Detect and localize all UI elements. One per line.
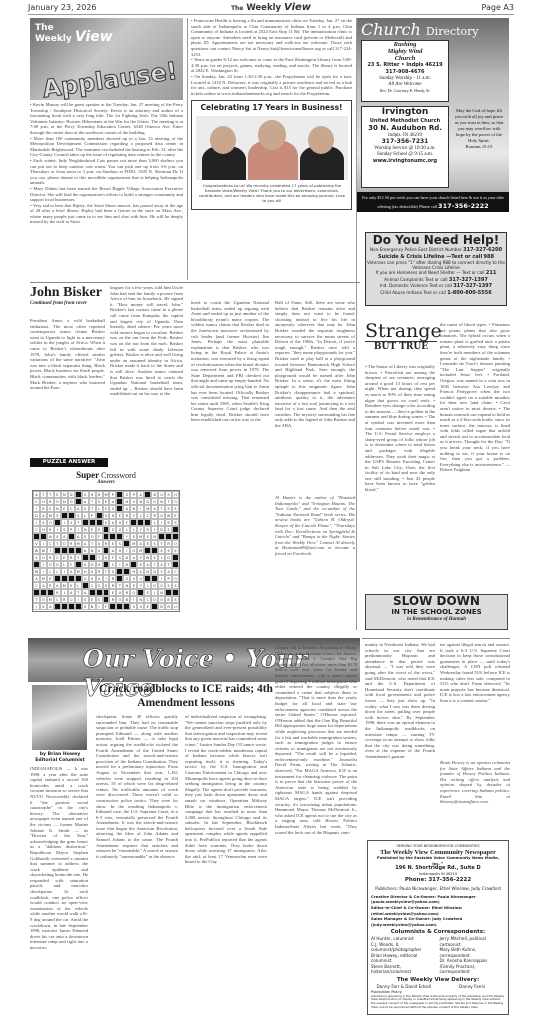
crossword-cell: U <box>89 568 96 575</box>
crossword-cell: V <box>158 582 165 589</box>
crossword-cell <box>96 589 103 596</box>
crossword-cell: L <box>144 582 151 589</box>
crossword-cell: G <box>89 561 96 568</box>
crossword-cell: H <box>89 491 96 498</box>
crossword-cell <box>33 533 40 540</box>
crossword-cell: S <box>96 498 103 505</box>
help-title: Do You Need Help! <box>366 233 506 247</box>
crossword-cell: T <box>116 582 123 589</box>
crossword-cell: M <box>47 596 54 603</box>
crossword-cell: M <box>75 540 82 547</box>
crossword-cell: E <box>165 505 172 512</box>
crossword-cell: Y <box>130 512 137 519</box>
crossword-cell: U <box>103 554 110 561</box>
crossword-cell: H <box>82 568 89 575</box>
crossword-cell <box>116 533 123 540</box>
crossword-cell: N <box>47 533 54 540</box>
crossword-cell: M <box>61 582 68 589</box>
crossword-cell: Y <box>137 554 144 561</box>
crossword-cell <box>165 589 172 596</box>
crossword-cell: O <box>123 575 130 582</box>
crossword-cell <box>116 491 123 498</box>
crossword-cell: T <box>165 498 172 505</box>
crossword-cell: P <box>165 575 172 582</box>
crossword-cell: O <box>172 540 179 547</box>
crossword-cell: W <box>165 512 172 519</box>
crossword-cell: S <box>172 582 179 589</box>
crossword-cell: L <box>96 505 103 512</box>
crossword-cell: L <box>61 561 68 568</box>
crossword-cell: T <box>75 519 82 526</box>
crossword-cell: A <box>137 540 144 547</box>
crossword-cell: Y <box>137 526 144 533</box>
celebrating-17-years-box: Celebrating 17 Years in Business! Congra… <box>191 100 352 210</box>
crossword-cell: O <box>47 519 54 526</box>
crossword-cell: E <box>137 561 144 568</box>
crossword-cell: L <box>158 554 165 561</box>
crossword-cell <box>103 596 110 603</box>
crossword-answer-grid: ATTENDSHRMPSPABUSHCHRONOATSEAHUNGONTOIRE… <box>32 490 180 612</box>
columnist-photo <box>32 685 87 750</box>
crossword-cell: R <box>54 589 61 596</box>
crossword-cell: O <box>151 582 158 589</box>
crossword-cell: N <box>158 589 165 596</box>
crossword-cell <box>68 603 75 610</box>
weekly-view-logo: TheWeekly View <box>35 24 113 44</box>
crossword-cell: E <box>109 589 116 596</box>
crossword-cell: Y <box>137 582 144 589</box>
crossword-cell: A <box>82 547 89 554</box>
masthead-box: SERVING YOUR NEIGHBORHOOD COMMUNITIES Th… <box>367 840 509 1015</box>
crossword-cell: C <box>33 498 40 505</box>
crossword-cell: S <box>116 554 123 561</box>
crossword-cell: R <box>109 575 116 582</box>
crossword-cell <box>144 491 151 498</box>
crossword-cell <box>116 575 123 582</box>
crossword-cell <box>172 533 179 540</box>
crossword-cell: E <box>47 575 54 582</box>
bisker-col4: Hall of Fame. Still, there are some who … <box>275 300 355 490</box>
crossword-cell: A <box>123 505 130 512</box>
crossword-cell <box>54 547 61 554</box>
crossword-cell: U <box>116 589 123 596</box>
crossword-cell: N <box>54 505 61 512</box>
crossword-cell: T <box>158 540 165 547</box>
crossword-cell: R <box>61 596 68 603</box>
crossword-cell: M <box>137 533 144 540</box>
crossword-cell: A <box>116 526 123 533</box>
crossword-cell: J <box>40 561 47 568</box>
crossword-cell <box>116 568 123 575</box>
applause-banner: TheWeekly View Applause! <box>30 18 183 100</box>
crossword-cell: T <box>54 540 61 547</box>
crossword-cell: P <box>89 512 96 519</box>
crossword-cell: L <box>54 568 61 575</box>
crossword-cell: N <box>61 498 68 505</box>
crossword-cell <box>144 547 151 554</box>
crossword-cell: B <box>123 596 130 603</box>
crossword-cell: U <box>68 596 75 603</box>
crossword-cell: E <box>89 596 96 603</box>
crossword-cell: C <box>89 582 96 589</box>
crossword-cell: E <box>151 554 158 561</box>
crossword-cell <box>89 589 96 596</box>
bisker-col2: leagues for a few years, told him Uncle … <box>110 285 183 457</box>
applause-items-col2: • Franciscan Health is hosting a flu and… <box>191 18 352 98</box>
crossword-cell: M <box>40 575 47 582</box>
crossword-cell: Y <box>75 554 82 561</box>
crossword-cell: L <box>75 582 82 589</box>
crossword-cell <box>68 533 75 540</box>
crossword-cell: R <box>47 526 54 533</box>
crossword-cell: F <box>123 519 130 526</box>
crossword-cell <box>130 561 137 568</box>
crossword-cell: E <box>130 582 137 589</box>
crossword-cell: E <box>61 554 68 561</box>
continued-note: Continued from front cover <box>30 301 105 306</box>
crossword-cell: A <box>96 575 103 582</box>
crossword-cell <box>109 603 116 610</box>
crossword-cell: E <box>47 505 54 512</box>
crossword-cell <box>123 540 130 547</box>
crossword-cell <box>75 491 82 498</box>
crossword-cell: I <box>33 505 40 512</box>
crossword-cell <box>82 519 89 526</box>
crossword-cell: A <box>109 519 116 526</box>
crossword-cell: N <box>137 498 144 505</box>
celebrate-title: Celebrating 17 Years in Business! <box>192 103 351 112</box>
crossword-cell: I <box>158 575 165 582</box>
bible-verse: May the God of hope fill you with all jo… <box>453 108 505 150</box>
crossword-cell: D <box>123 554 130 561</box>
crossword-cell: O <box>172 575 179 582</box>
crossword-cell: H <box>123 498 130 505</box>
crossword-cell <box>54 603 61 610</box>
crossword-cell: M <box>137 547 144 554</box>
crossword-cell: T <box>89 505 96 512</box>
crossword-cell: A <box>144 561 151 568</box>
opinion-col4: County Jail in Indiana. According to Mar… <box>275 645 357 1021</box>
crossword-cell: A <box>33 491 40 498</box>
crossword-cell: I <box>40 568 47 575</box>
crossword-cell: H <box>40 526 47 533</box>
crossword-cell: R <box>40 505 47 512</box>
crossword-cell: T <box>165 561 172 568</box>
crossword-cell: T <box>89 540 96 547</box>
crossword-cell <box>75 561 82 568</box>
article-title: John Bisker <box>30 285 105 301</box>
crossword-cell: I <box>151 589 158 596</box>
rushing-mighty-wind-listing: Rushing Mighty Wind Church 23 S. Ritter … <box>361 40 449 102</box>
crossword-cell: O <box>158 512 165 519</box>
crossword-cell: T <box>47 491 54 498</box>
crossword-cell <box>151 603 158 610</box>
crossword-cell: O <box>40 596 47 603</box>
crossword-cell: Y <box>158 568 165 575</box>
crossword-cell: R <box>151 512 158 519</box>
crossword-cell: O <box>116 596 123 603</box>
crossword-cell: O <box>130 547 137 554</box>
crossword-cell: M <box>130 540 137 547</box>
crossword-cell: A <box>68 589 75 596</box>
crossword-cell: O <box>158 596 165 603</box>
crossword-cell: A <box>109 547 116 554</box>
crossword-cell <box>103 526 110 533</box>
crossword-cell: N <box>82 526 89 533</box>
crossword-cell <box>172 526 179 533</box>
crossword-cell: O <box>54 561 61 568</box>
crossword-cell: S <box>116 540 123 547</box>
crossword-cell: S <box>82 491 89 498</box>
crossword-cell: C <box>144 512 151 519</box>
crossword-cell: L <box>82 512 89 519</box>
crossword-cell <box>158 533 165 540</box>
crossword-cell: S <box>96 526 103 533</box>
crossword-cell <box>172 561 179 568</box>
crossword-cell: I <box>40 540 47 547</box>
crossword-cell: I <box>96 603 103 610</box>
crossword-cell: S <box>40 519 47 526</box>
crossword-cell: S <box>96 596 103 603</box>
crossword-cell <box>130 519 137 526</box>
crossword-cell: W <box>144 554 151 561</box>
crossword-cell: D <box>165 554 172 561</box>
crossword-cell: R <box>68 554 75 561</box>
crossword-cell: C <box>68 505 75 512</box>
crossword-cell: D <box>68 491 75 498</box>
crossword-cell <box>75 575 82 582</box>
brian-howey-bio: Brian Howey is an opinion columnist for … <box>440 760 510 830</box>
page-number: Page A3 <box>482 3 514 12</box>
crossword-cell: C <box>33 582 40 589</box>
crossword-cell <box>151 575 158 582</box>
crossword-cell: L <box>123 526 130 533</box>
crossword-cell: N <box>130 505 137 512</box>
crossword-cell: S <box>137 603 144 610</box>
crossword-cell: A <box>130 554 137 561</box>
crossword-cell: I <box>47 547 54 554</box>
crossword-cell: I <box>116 561 123 568</box>
crossword-cell: S <box>109 526 116 533</box>
crossword-cell: A <box>158 561 165 568</box>
super-crossword-title: Super CrosswordAnswers <box>30 470 182 485</box>
crossword-cell: K <box>172 547 179 554</box>
crossword-cell: E <box>144 589 151 596</box>
crossword-cell: U <box>130 498 137 505</box>
applause-title: Applause! <box>41 57 180 100</box>
crossword-cell: T <box>75 589 82 596</box>
crossword-cell: L <box>151 519 158 526</box>
slow-down-school-zones-ad: SLOW DOWNIN THE SCHOOL ZONESin Remembran… <box>365 594 508 630</box>
opinion-col1: INDIANAPOLIS — It was 1998, a year after… <box>30 766 88 1021</box>
crossword-cell: R <box>109 596 116 603</box>
crossword-cell <box>116 603 123 610</box>
crossword-cell: B <box>151 491 158 498</box>
crossword-cell: I <box>123 547 130 554</box>
crossword-cell <box>172 589 179 596</box>
crossword-cell: N <box>144 568 151 575</box>
crossword-cell: H <box>116 519 123 526</box>
crossword-cell: O <box>151 498 158 505</box>
crossword-cell: A <box>137 568 144 575</box>
crossword-cell: R <box>123 512 130 519</box>
crossword-cell: N <box>123 582 130 589</box>
crossword-cell: E <box>61 505 68 512</box>
crossword-cell: I <box>158 519 165 526</box>
crossword-cell: S <box>165 491 172 498</box>
crossword-cell: R <box>96 491 103 498</box>
do-you-need-help-box: Do You Need Help! Non-Emergency Police E… <box>365 232 507 306</box>
crossword-cell <box>75 603 82 610</box>
crossword-cell: P <box>68 526 75 533</box>
crossword-cell: M <box>47 512 54 519</box>
strange-but-true-logo: StrangeBUT TRUE <box>365 322 437 360</box>
crossword-cell: A <box>82 561 89 568</box>
crossword-cell: S <box>82 596 89 603</box>
church-directory: Church Directory Rushing Mighty Wind Chu… <box>357 18 509 212</box>
crossword-cell: S <box>82 533 89 540</box>
crossword-cell: A <box>96 547 103 554</box>
crossword-cell: R <box>144 526 151 533</box>
crossword-cell: N <box>61 491 68 498</box>
crossword-cell: A <box>137 491 144 498</box>
crossword-cell: S <box>33 554 40 561</box>
crossword-cell: A <box>82 498 89 505</box>
crossword-cell: K <box>165 596 172 603</box>
crossword-cell: I <box>137 505 144 512</box>
crossword-cell: N <box>158 498 165 505</box>
crossword-cell <box>61 603 68 610</box>
crossword-cell: I <box>75 596 82 603</box>
crossword-cell <box>40 589 47 596</box>
crossword-cell: T <box>103 568 110 575</box>
crossword-cell: T <box>33 596 40 603</box>
opinion-headline: Crack roadblocks to ICE raids; 4th Amend… <box>96 682 276 710</box>
crossword-cell: S <box>75 512 82 519</box>
crossword-cell <box>96 519 103 526</box>
al-hunter-bio: Al Hunter is the author of "Haunted Indi… <box>275 495 355 625</box>
crossword-cell: M <box>103 491 110 498</box>
crossword-cell <box>54 575 61 582</box>
crossword-cell <box>61 512 68 519</box>
crossword-cell: R <box>103 540 110 547</box>
crossword-cell: O <box>40 554 47 561</box>
crossword-cell: U <box>172 603 179 610</box>
crossword-cell: S <box>103 512 110 519</box>
crossword-cell <box>47 589 54 596</box>
crossword-cell <box>75 498 82 505</box>
crossword-cell: Y <box>123 533 130 540</box>
crossword-cell <box>89 554 96 561</box>
crossword-cell: N <box>137 596 144 603</box>
crossword-cell: A <box>40 512 47 519</box>
crossword-cell: N <box>89 547 96 554</box>
crossword-cell <box>68 575 75 582</box>
crossword-cell: U <box>137 575 144 582</box>
crossword-cell: O <box>47 561 54 568</box>
crossword-cell: W <box>40 547 47 554</box>
crossword-cell <box>61 547 68 554</box>
crossword-cell: T <box>151 561 158 568</box>
crossword-cell: E <box>158 547 165 554</box>
crossword-cell: H <box>130 568 137 575</box>
paper-title: The Weekly View <box>28 2 514 13</box>
crossword-cell: E <box>54 491 61 498</box>
crossword-cell <box>89 519 96 526</box>
crossword-cell <box>172 554 179 561</box>
crossword-cell: S <box>82 603 89 610</box>
crossword-cell: I <box>75 526 82 533</box>
crossword-cell: H <box>172 491 179 498</box>
crossword-cell: D <box>158 603 165 610</box>
byline: by Brian HoweyEditorial Columnist <box>30 752 90 764</box>
crossword-cell <box>116 505 123 512</box>
page-header: January 23, 2026 The Weekly View Page A3 <box>28 3 514 15</box>
crossword-cell: E <box>165 519 172 526</box>
crossword-cell <box>137 589 144 596</box>
crossword-cell <box>144 519 151 526</box>
crossword-cell: H <box>40 498 47 505</box>
crossword-cell: S <box>123 491 130 498</box>
crossword-cell <box>33 589 40 596</box>
strange-col2: the rarest of blood types. • Pomatoes ar… <box>440 322 510 590</box>
crossword-cell <box>103 589 110 596</box>
crossword-cell: O <box>68 498 75 505</box>
crossword-cell: E <box>116 512 123 519</box>
crossword-cell: L <box>47 568 54 575</box>
crossword-cell <box>54 519 61 526</box>
crossword-cell: S <box>172 505 179 512</box>
crossword-cell: U <box>103 582 110 589</box>
crossword-cell: A <box>75 505 82 512</box>
crossword-cell: I <box>61 519 68 526</box>
church-listing-offer: For only $12.50 per week you can have yo… <box>357 192 509 212</box>
crossword-cell: P <box>109 491 116 498</box>
crossword-cell <box>96 512 103 519</box>
crossword-cell: R <box>47 498 54 505</box>
crossword-cell: O <box>172 498 179 505</box>
crossword-cell: A <box>33 575 40 582</box>
crossword-cell: P <box>130 491 137 498</box>
crossword-cell <box>116 498 123 505</box>
crossword-cell <box>33 561 40 568</box>
crossword-cell: A <box>68 568 75 575</box>
crossword-cell: E <box>89 526 96 533</box>
crossword-cell: N <box>89 603 96 610</box>
crossword-cell: S <box>54 512 61 519</box>
crossword-cell: A <box>165 568 172 575</box>
crossword-cell: V <box>33 540 40 547</box>
crossword-cell: C <box>54 596 61 603</box>
crossword-cell: A <box>40 582 47 589</box>
opinion-col5: munity in Northwest Indiana. We had scho… <box>365 642 435 828</box>
crossword-cell: I <box>61 589 68 596</box>
crossword-cell: L <box>130 526 137 533</box>
celebrate-caption: Congratulations to us! We recently celeb… <box>197 183 347 203</box>
crossword-cell: A <box>82 540 89 547</box>
irvington-umc-listing: Irvington United Methodist Church 30 N. … <box>361 106 449 188</box>
crossword-cell: R <box>47 582 54 589</box>
crossword-cell: M <box>144 505 151 512</box>
crossword-cell <box>109 533 116 540</box>
help-line: Child Abuse Indiana Text or call 1-800-8… <box>366 290 506 297</box>
crossword-cell: A <box>109 498 116 505</box>
crossword-cell: C <box>47 540 54 547</box>
crossword-cell: N <box>151 533 158 540</box>
crossword-cell: R <box>47 554 54 561</box>
crossword-cell: E <box>130 533 137 540</box>
crossword-cell: E <box>144 603 151 610</box>
